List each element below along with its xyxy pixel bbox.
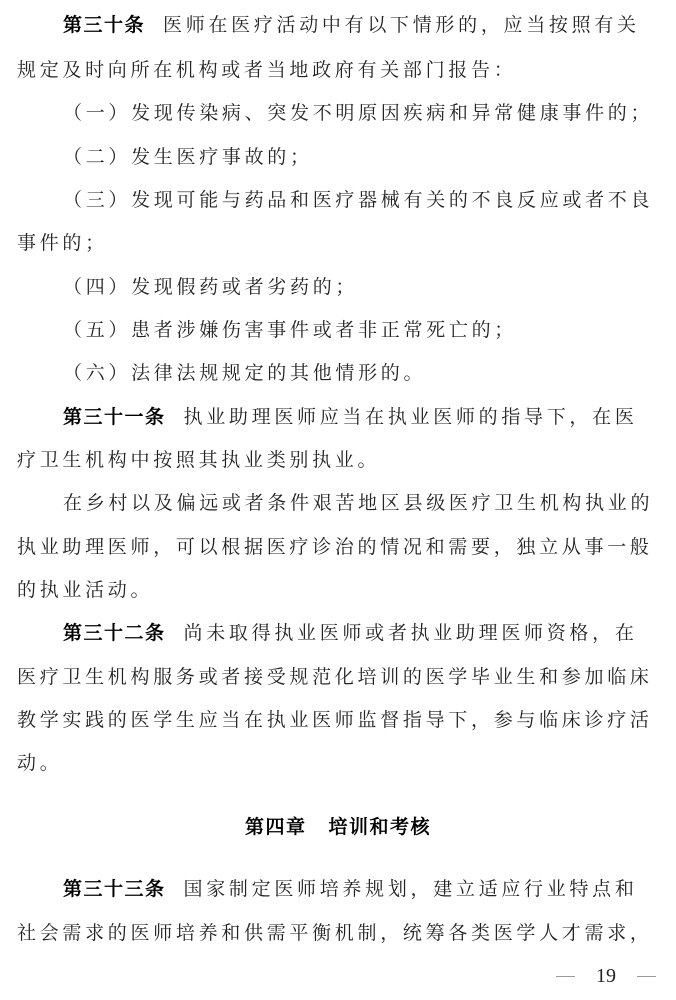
page-number-value: 19 (596, 965, 616, 988)
article-30-item-3-line-1: （三）发现可能与药品和医疗器械有关的不良反应或者不良 (63, 185, 659, 215)
chapter-number: 第四章 (245, 816, 307, 838)
article-30-item-1: （一）发现传染病、突发不明原因疾病和异常健康事件的； (63, 98, 659, 128)
article-33-label: 第三十三条 (63, 878, 166, 900)
article-31-para-2-line-1: 在乡村以及偏远或者条件艰苦地区县级医疗卫生机构执业的 (63, 488, 659, 518)
article-33-text: 国家制定医师培养规划，建立适应行业特点和 (184, 878, 638, 900)
page-number-left-dash (556, 976, 575, 977)
article-31-para-2-line-3: 的执业活动。 (17, 575, 659, 605)
article-30-line-2: 规定及时向所在机构或者当地政府有关部门报告： (17, 55, 659, 85)
chapter-title: 培训和考核 (329, 816, 432, 838)
article-31-para-2-line-2: 执业助理医师，可以根据医疗诊治的情况和需要，独立从事一般 (17, 532, 659, 562)
article-30-item-3-line-2: 事件的； (17, 228, 659, 258)
page-number-right-dash (637, 976, 656, 977)
article-32-line-1: 第三十二条尚未取得执业医师或者执业助理医师资格，在 (63, 618, 659, 648)
article-30-line-1: 第三十条医师在医疗活动中有以下情形的，应当按照有关 (63, 10, 659, 40)
article-31-line-1: 第三十一条执业助理医师应当在执业医师的指导下，在医 (63, 402, 659, 432)
article-30-item-2: （二）发生医疗事故的； (63, 142, 659, 172)
article-32-line-4: 动。 (17, 748, 659, 778)
article-30-text: 医师在医疗活动中有以下情形的，应当按照有关 (163, 14, 640, 36)
page-number: 19 (556, 962, 656, 990)
article-33-line-2: 社会需求的医师培养和供需平衡机制，统筹各类医学人才需求， (17, 918, 659, 948)
article-31-line-2: 疗卫生机构中按照其执业类别执业。 (17, 445, 659, 475)
document-page: 第三十条医师在医疗活动中有以下情形的，应当按照有关 规定及时向所在机构或者当地政… (0, 0, 676, 1000)
article-30-label: 第三十条 (63, 14, 145, 36)
article-30-item-4: （四）发现假药或者劣药的； (63, 272, 659, 302)
chapter-heading: 第四章培训和考核 (0, 812, 676, 842)
article-32-text: 尚未取得执业医师或者执业助理医师资格，在 (184, 622, 638, 644)
article-32-line-2: 医疗卫生机构服务或者接受规范化培训的医学毕业生和参加临床 (17, 662, 659, 692)
article-31-text: 执业助理医师应当在执业医师的指导下，在医 (184, 406, 638, 428)
article-32-label: 第三十二条 (63, 622, 166, 644)
article-30-item-6: （六）法律法规规定的其他情形的。 (63, 358, 659, 388)
article-33-line-1: 第三十三条国家制定医师培养规划，建立适应行业特点和 (63, 874, 659, 904)
article-30-item-5: （五）患者涉嫌伤害事件或者非正常死亡的； (63, 315, 659, 345)
article-31-label: 第三十一条 (63, 406, 166, 428)
article-32-line-3: 教学实践的医学生应当在执业医师监督指导下，参与临床诊疗活 (17, 705, 659, 735)
